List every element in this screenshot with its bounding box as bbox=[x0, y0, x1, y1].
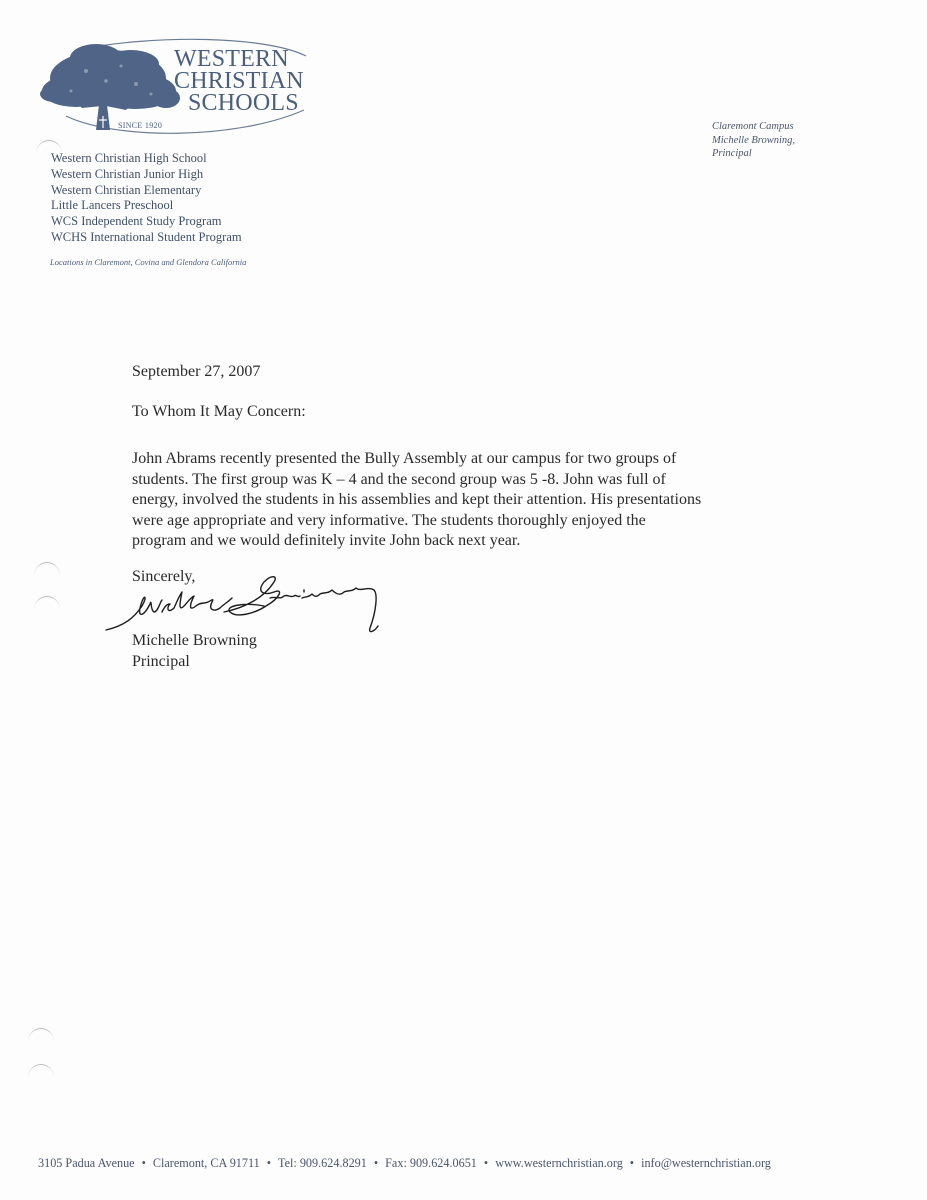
body-line: students. The first group was K – 4 and … bbox=[132, 470, 812, 491]
punch-hole-mark bbox=[28, 1064, 54, 1091]
footer-city: Claremont, CA 91711 bbox=[153, 1156, 260, 1170]
campus-principal: Michelle Browning, bbox=[712, 134, 795, 148]
school-item: Western Christian High School bbox=[51, 151, 242, 167]
footer-fax: Fax: 909.624.0651 bbox=[385, 1156, 477, 1170]
signer-name: Michelle Browning bbox=[132, 632, 257, 650]
footer-email: info@westernchristian.org bbox=[641, 1156, 771, 1170]
body-line: program and we would definitely invite J… bbox=[132, 531, 812, 552]
logo-since: SINCE 1920 bbox=[118, 121, 162, 130]
signer-title: Principal bbox=[132, 653, 190, 671]
body-line: John Abrams recently presented the Bully… bbox=[132, 449, 812, 470]
school-list: Western Christian High School Western Ch… bbox=[51, 151, 242, 246]
campus-info: Claremont Campus Michelle Browning, Prin… bbox=[712, 120, 795, 161]
footer-website: www.westernchristian.org bbox=[495, 1156, 623, 1170]
body-line: energy, involved the students in his ass… bbox=[132, 490, 812, 511]
punch-hole-mark bbox=[34, 562, 60, 589]
letter-body: John Abrams recently presented the Bully… bbox=[132, 449, 812, 552]
footer-separator: • bbox=[142, 1156, 146, 1170]
letter-salutation: To Whom It May Concern: bbox=[132, 403, 306, 421]
letter-page: WESTERN CHRISTIAN SCHOOLS SINCE 1920 Wes… bbox=[0, 0, 927, 1200]
logo-line-western: WESTERN bbox=[174, 48, 289, 70]
punch-hole-mark bbox=[34, 596, 60, 623]
school-item: Western Christian Elementary bbox=[51, 183, 242, 199]
school-item: WCS Independent Study Program bbox=[51, 214, 242, 230]
footer-separator: • bbox=[267, 1156, 271, 1170]
footer-address: 3105 Padua Avenue bbox=[38, 1156, 135, 1170]
footer-separator: • bbox=[374, 1156, 378, 1170]
locations-note: Locations in Claremont, Covina and Glend… bbox=[50, 257, 246, 267]
punch-hole-mark bbox=[28, 1028, 54, 1055]
logo-line-christian: CHRISTIAN bbox=[174, 70, 304, 92]
campus-name: Claremont Campus bbox=[712, 120, 795, 134]
campus-principal-title: Principal bbox=[712, 147, 795, 161]
letter-date: September 27, 2007 bbox=[132, 363, 260, 381]
footer-phone: Tel: 909.624.8291 bbox=[278, 1156, 367, 1170]
letterhead-footer: 3105 Padua Avenue•Claremont, CA 91711•Te… bbox=[38, 1156, 771, 1171]
school-logo: WESTERN CHRISTIAN SCHOOLS SINCE 1920 bbox=[36, 36, 326, 140]
logo-line-schools: SCHOOLS bbox=[188, 92, 299, 114]
school-item: Little Lancers Preschool bbox=[51, 198, 242, 214]
footer-separator: • bbox=[484, 1156, 488, 1170]
body-line: were age appropriate and very informativ… bbox=[132, 511, 812, 532]
school-item: WCHS International Student Program bbox=[51, 230, 242, 246]
punch-hole-mark bbox=[36, 140, 62, 167]
school-item: Western Christian Junior High bbox=[51, 167, 242, 183]
footer-separator: • bbox=[630, 1156, 634, 1170]
